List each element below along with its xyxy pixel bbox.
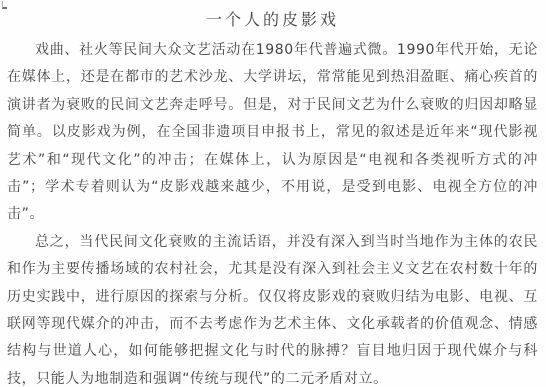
document-title: 一个人的皮影戏 [7,7,538,30]
document-page: 一个人的皮影戏 戏曲、社火等民间大众文艺活动在1980年代普遍式微。1990年代… [0,0,546,387]
paragraph-critique-conclusion: 总之，当代民间文化衰败的主流话语，并没有深入到当时当地作为主体的农民和作为主要传… [7,229,538,387]
scan-corner-artifact [2,1,7,9]
paragraph-decline-attribution: 戏曲、社火等民间大众文艺活动在1980年代普遍式微。1990年代开始，无论在媒体… [7,37,538,229]
